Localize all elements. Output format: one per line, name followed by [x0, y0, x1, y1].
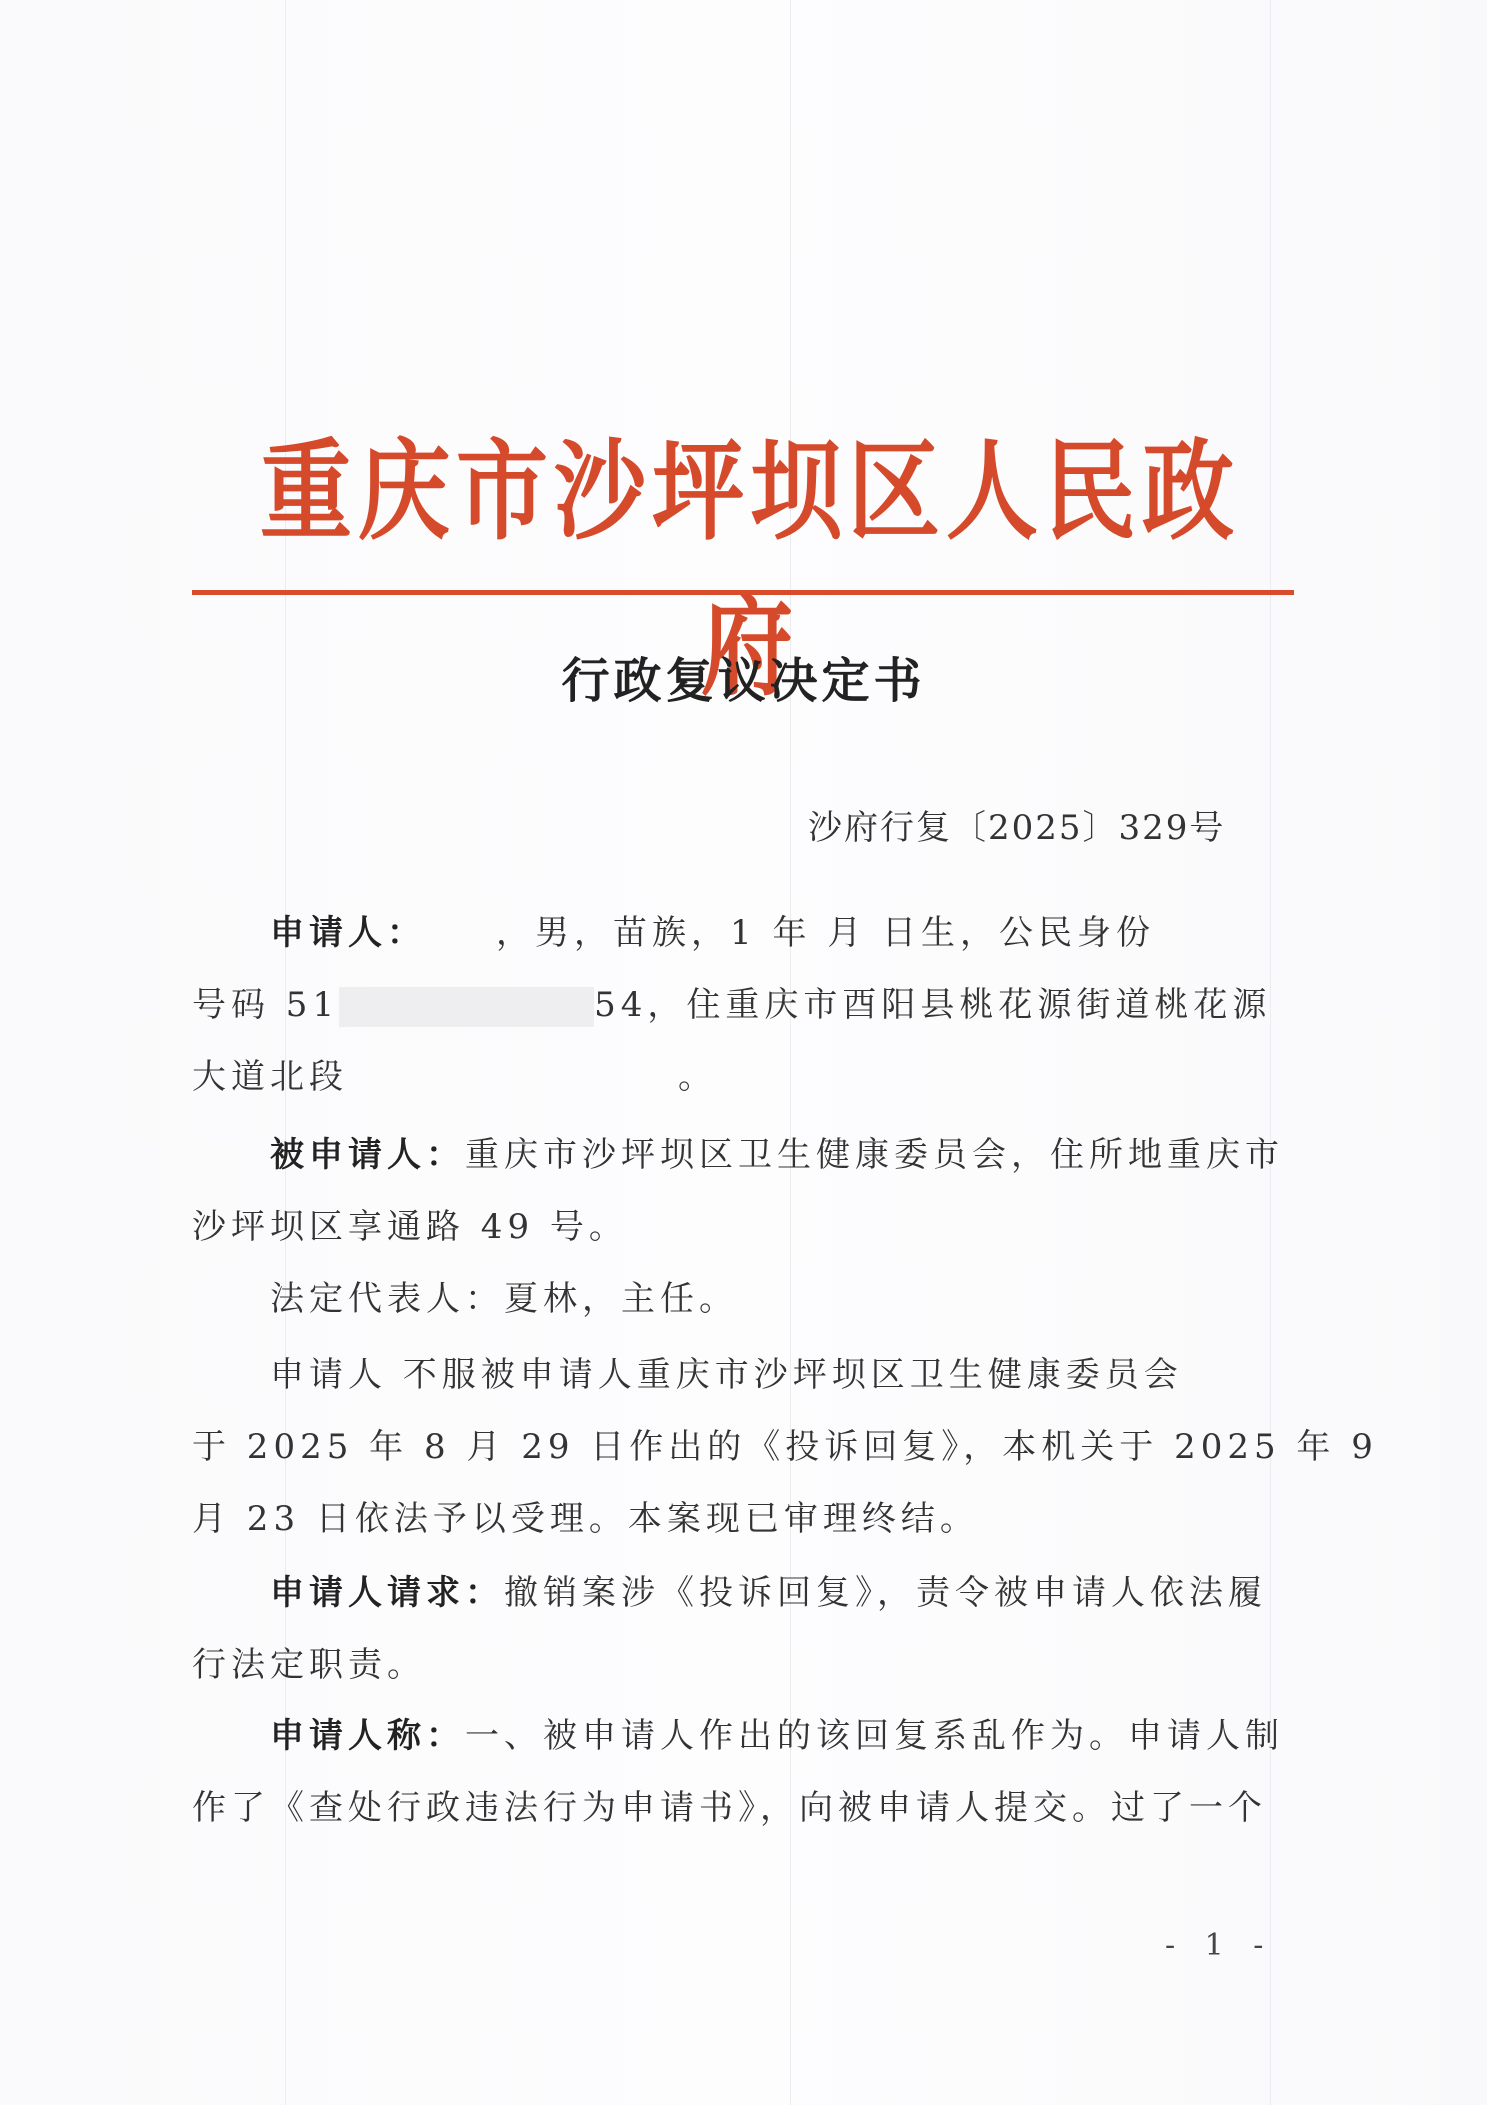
document-number: 沙府行复〔2025〕329号 [808, 800, 1225, 849]
acceptance-line2: 于 2025 年 8 月 29 日作出的《投诉回复》，本机关于 2025 年 9 [192, 1419, 1378, 1468]
claim-label: 申请人称： [270, 1716, 465, 1756]
respondent-line2: 沙坪坝区享通路 49 号。 [192, 1199, 628, 1248]
respondent-label: 被申请人： [270, 1135, 465, 1175]
redacted-id-number [339, 987, 594, 1027]
request-line2: 行法定职责。 [192, 1637, 426, 1686]
applicant-address-end: 。 [678, 1057, 717, 1097]
request-line1: 撤销案涉《投诉回复》，责令被申请人依法履 [504, 1573, 1267, 1613]
applicant-line1: ，男，苗族，1 年 月 日生，公民身份 [496, 913, 1155, 953]
applicant-label: 申请人： [270, 913, 426, 953]
red-divider-rule [192, 590, 1294, 595]
applicant-id-prefix: 号码 51 [192, 985, 339, 1025]
document-page: 重庆市沙坪坝区人民政府 行政复议决定书 沙府行复〔2025〕329号 申请人：，… [0, 0, 1487, 2105]
document-title: 行政复议决定书 [0, 642, 1487, 711]
scan-artifact-line [1270, 0, 1271, 2105]
applicant-address-cont: 大道北段 [192, 1057, 348, 1097]
claim-line2: 作了《查处行政违法行为申请书》，向被申请人提交。过了一个 [192, 1780, 1267, 1829]
legal-rep-text: 法定代表人：夏林，主任。 [192, 1271, 738, 1320]
page-number: - 1 - [1165, 1928, 1273, 1963]
applicant-address: 54，住重庆市酉阳县桃花源街道桃花源 [594, 985, 1271, 1025]
acceptance-line3: 月 23 日依法予以受理。本案现已审理终结。 [192, 1491, 979, 1540]
claim-line1: 一、被申请人作出的该回复系乱作为。申请人制 [465, 1716, 1284, 1756]
respondent-line1: 重庆市沙坪坝区卫生健康委员会，住所地重庆市 [465, 1135, 1284, 1175]
acceptance-line1: 申请人 不服被申请人重庆市沙坪坝区卫生健康委员会 [192, 1347, 1183, 1396]
request-label: 申请人请求： [270, 1573, 504, 1613]
